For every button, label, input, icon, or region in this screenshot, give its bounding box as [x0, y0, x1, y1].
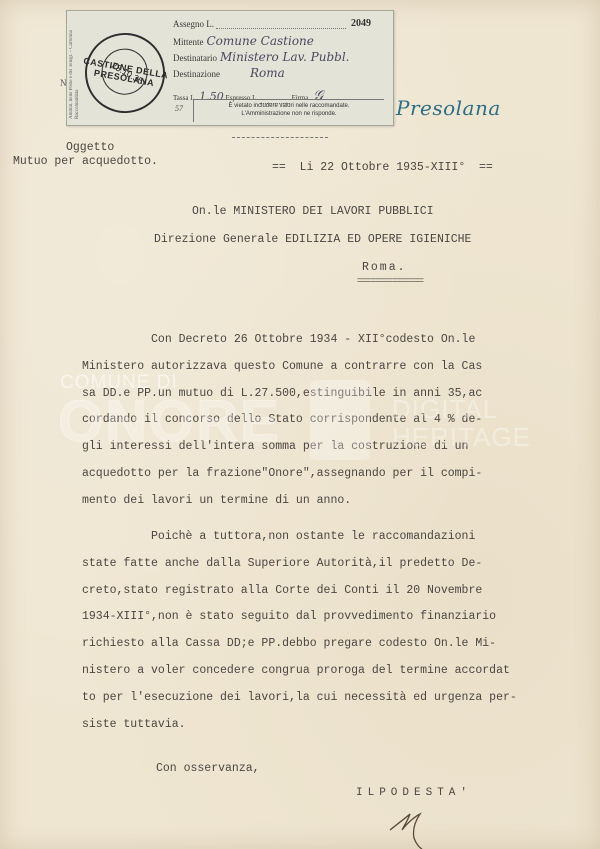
- subject-value: Mutuo per acquedotto.: [13, 155, 158, 168]
- receipt-note-line2: L'Amministrazione non ne risponde.: [194, 110, 384, 118]
- body-line: cordando il concorso dello Stato corrisp…: [82, 413, 482, 426]
- recipient-city: Roma.: [362, 261, 407, 274]
- body-line: 1934-XIII°,non è stato seguito dal provv…: [82, 610, 496, 623]
- body-line: state fatte anche dalla Superiore Autori…: [82, 557, 482, 570]
- body-line: richiesto alla Cassa DD;e PP.debbo prega…: [82, 637, 496, 650]
- body-line: Ministero autorizzava questo Comune a co…: [82, 360, 482, 373]
- body-line: creto,stato registrato alla Corte dei Co…: [82, 584, 482, 597]
- subject-label: Oggetto: [66, 141, 114, 154]
- receipt-mittente-row: MittenteComune Castione: [173, 34, 314, 48]
- mittente-label: Mittente: [173, 37, 204, 47]
- body-line: gli interessi dell'intera somma per la c…: [82, 440, 468, 453]
- mittente-value: Comune Castione: [207, 34, 314, 48]
- handwritten-signature-icon: [386, 808, 446, 849]
- city-underline: ===============: [357, 276, 423, 286]
- receipt-destinazione-row: DestinazioneRoma: [173, 66, 285, 80]
- body-line: mento dei lavori un termine di un anno.: [82, 494, 351, 507]
- recipient-ministry: On.le MINISTERO DEI LAVORI PUBBLICI: [192, 205, 434, 218]
- destinazione-label: Destinazione: [173, 69, 220, 79]
- receipt-assegno-row: Assegno L.: [173, 19, 346, 29]
- destinatario-value: Ministero Lav. Pubbl.: [220, 50, 349, 64]
- body-line: nistero a voler concedere congrua prorog…: [82, 664, 510, 677]
- letterhead-brand: Presolana: [396, 96, 501, 120]
- body-line: sa DD.e PP.un mutuo di L.27.500,estingui…: [82, 387, 482, 400]
- signer-title: ILPODESTA': [356, 787, 472, 799]
- postmark-date: 23.10.35: [107, 59, 147, 88]
- date-line: == Li 22 Ottobre 1935-XIII° ==: [272, 161, 493, 174]
- assegno-label: Assegno L.: [173, 19, 214, 29]
- closing: Con osservanza,: [156, 762, 260, 775]
- body-line: Poichè a tuttora,non ostante le raccoman…: [82, 530, 475, 543]
- receipt-destinatario-row: DestinatarioMinistero Lav. Pubbl.: [173, 50, 349, 64]
- receipt-note-line1: È vietato includere valori nelle raccoma…: [194, 102, 384, 110]
- body-line: acquedotto per la frazione"Onore",assegn…: [82, 467, 482, 480]
- destinazione-value: Roma: [250, 66, 285, 80]
- divider: [232, 137, 328, 138]
- receipt-note: È vietato includere valori nelle raccoma…: [193, 99, 384, 122]
- receipt-mark: 57: [175, 104, 183, 113]
- body-line: to per l'esecuzione dei lavori,la cui ne…: [82, 691, 517, 704]
- registered-mail-receipt: Ammin. delle Poste e dei Telegr. – Carto…: [66, 10, 394, 126]
- assegno-number: 2049: [351, 18, 371, 29]
- recipient-direction: Direzione Generale EDILIZIA ED OPERE IGI…: [154, 233, 471, 246]
- body-line: Con Decreto 26 Ottobre 1934 - XII°codest…: [82, 333, 475, 346]
- destinatario-label: Destinatario: [173, 53, 217, 63]
- body-line: siste tuttavia.: [82, 718, 186, 731]
- postmark-stamp-icon: CASTIONE DELLA PRESOLANA 23.10.35: [70, 18, 179, 127]
